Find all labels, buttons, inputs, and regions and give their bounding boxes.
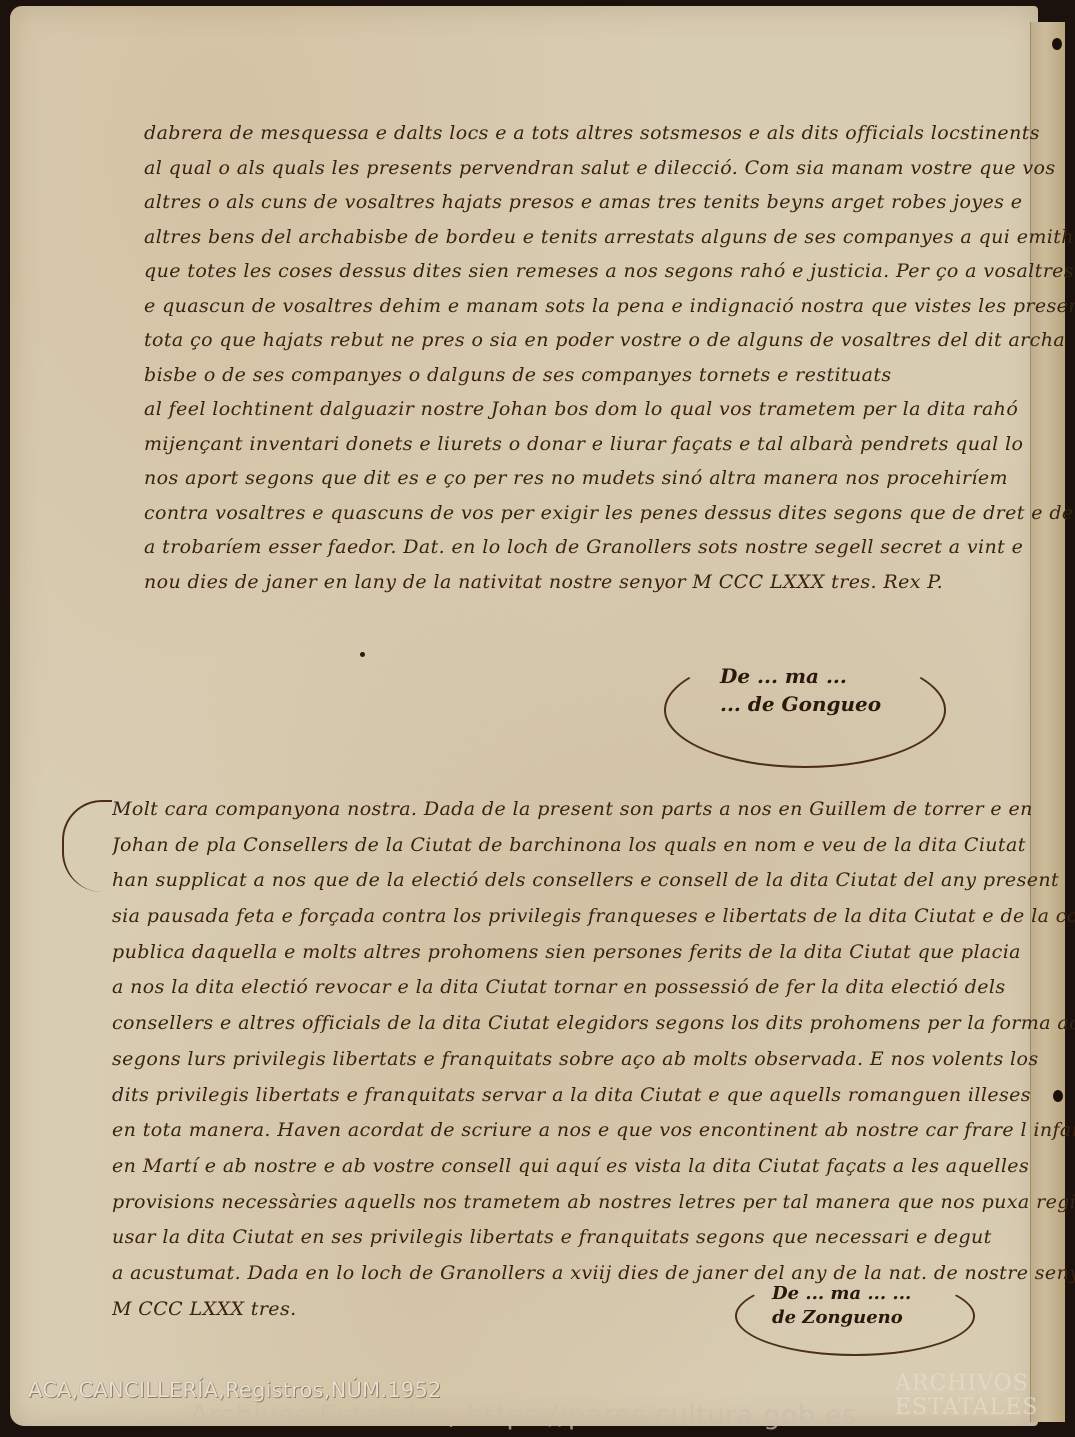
text-line: que totes les coses dessus dites sien re… — [144, 254, 1075, 289]
text-line: altres o als cuns de vosaltres hajats pr… — [144, 185, 1075, 220]
text-line: provisions necessàries aquells nos trame… — [112, 1185, 1075, 1221]
text-line: dits privilegis libertats e franquitats … — [112, 1078, 1075, 1114]
logo-line: ARCHIVOS — [895, 1372, 1025, 1396]
note-line: de Zongueno — [772, 1306, 911, 1330]
note-line: ... de Gongueo — [720, 690, 881, 718]
text-line: han supplicat a nos que de la electió de… — [112, 863, 1075, 899]
lower-marginal-note: De ... ma ... ... de Zongueno — [772, 1282, 911, 1330]
upper-entry-text: dabrera de mesquessa e dalts locs e a to… — [144, 116, 1075, 599]
text-line: publica daquella e molts altres prohomen… — [112, 935, 1075, 971]
archivos-estatales-logo: ARCHIVOS ESTATALES — [895, 1372, 1025, 1420]
text-line: Johan de pla Consellers de la Ciutat de … — [112, 828, 1075, 864]
text-line: contra vosaltres e quascuns de vos per e… — [144, 496, 1075, 531]
text-line: tota ço que hajats rebut ne pres o sia e… — [144, 323, 1075, 358]
text-line: mijençant inventari donets e liurets o d… — [144, 427, 1075, 462]
text-line: e quascun de vosaltres dehim e manam sot… — [144, 289, 1075, 324]
text-line: bisbe o de ses companyes o dalguns de se… — [144, 358, 1075, 393]
binding-hole — [1052, 38, 1062, 50]
archive-url-watermark: Archivos Estatales, https://pares.cultur… — [190, 1400, 857, 1431]
archive-reference-watermark: ACA,CANCILLERÍA,Registros,NÚM.1952 — [28, 1378, 441, 1402]
text-line: al qual o als quals les presents pervend… — [144, 151, 1075, 186]
upper-marginal-note: De ... ma ... ... de Gongueo — [720, 662, 881, 718]
text-line: al feel lochtinent dalguazir nostre Joha… — [144, 392, 1075, 427]
note-line: De ... ma ... — [720, 662, 881, 690]
text-line: nos aport segons que dit es e ço per res… — [144, 461, 1075, 496]
text-line: consellers e altres officials de la dita… — [112, 1006, 1075, 1042]
text-line: usar la dita Ciutat en ses privilegis li… — [112, 1220, 1075, 1256]
text-line: sia pausada feta e forçada contra los pr… — [112, 899, 1075, 935]
text-line: nou dies de janer en lany de la nativita… — [144, 565, 1075, 600]
ink-dot — [360, 652, 365, 657]
text-line: altres bens del archabisbe de bordeu e t… — [144, 220, 1075, 255]
text-line: a trobaríem esser faedor. Dat. en lo loc… — [144, 530, 1075, 565]
text-line: segons lurs privilegis libertats e franq… — [112, 1042, 1075, 1078]
logo-line: ESTATALES — [895, 1396, 1025, 1420]
text-line: en tota manera. Haven acordat de scriure… — [112, 1113, 1075, 1149]
text-line: dabrera de mesquessa e dalts locs e a to… — [144, 116, 1075, 151]
text-line: Molt cara companyona nostra. Dada de la … — [112, 792, 1075, 828]
note-line: De ... ma ... ... — [772, 1282, 911, 1306]
text-line: a nos la dita electió revocar e la dita … — [112, 970, 1075, 1006]
lower-entry-text: Molt cara companyona nostra. Dada de la … — [112, 792, 1075, 1327]
text-line: en Martí e ab nostre e ab vostre consell… — [112, 1149, 1075, 1185]
